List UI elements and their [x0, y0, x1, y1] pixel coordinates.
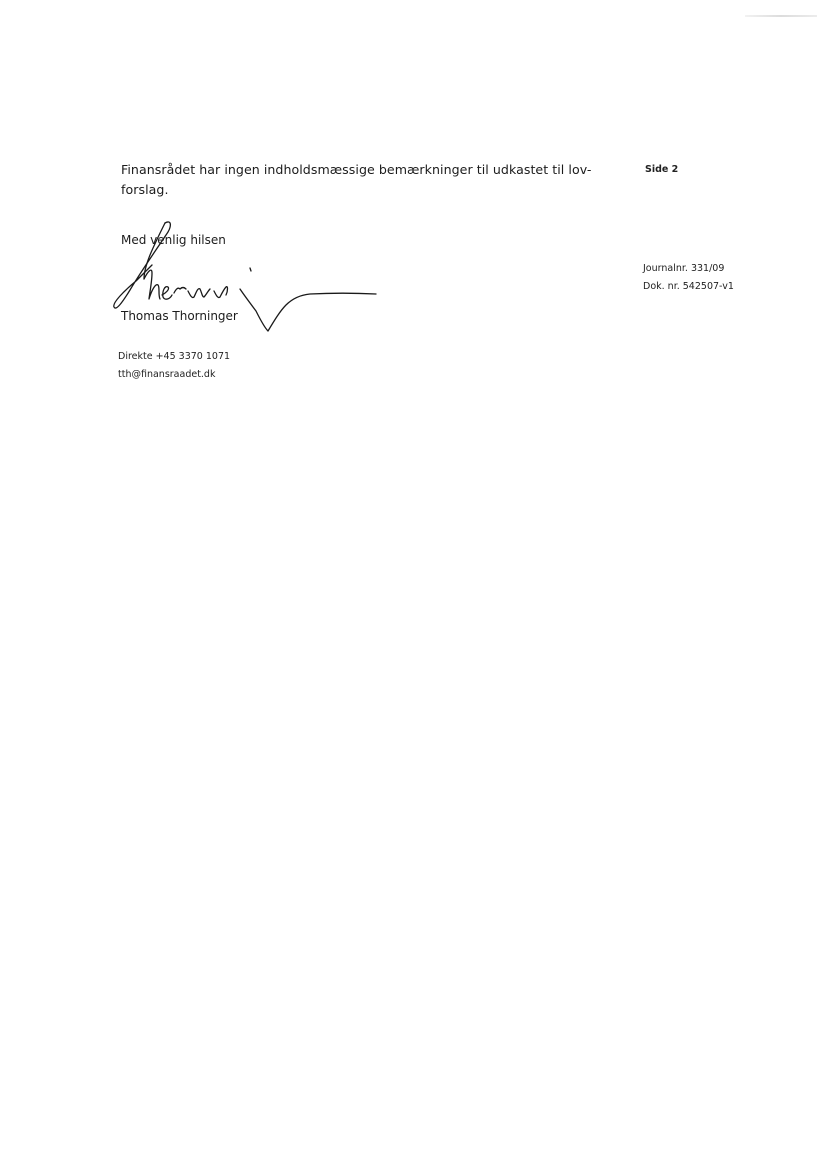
scan-artifact-line [745, 15, 817, 17]
signer-name: Thomas Thorninger [121, 309, 238, 323]
document-number: Dok. nr. 542507-v1 [643, 278, 734, 296]
email-address: tth@finansraadet.dk [118, 366, 230, 384]
journal-number: Journalnr. 331/09 [643, 260, 734, 278]
direct-phone: Direkte +45 3370 1071 [118, 348, 230, 366]
body-line-2: forslag. [121, 180, 601, 200]
reference-block: Journalnr. 331/09 Dok. nr. 542507-v1 [643, 260, 734, 296]
letter-body: Finansrådet har ingen indholdsmæssige be… [121, 160, 601, 200]
contact-block: Direkte +45 3370 1071 tth@finansraadet.d… [118, 348, 230, 384]
body-line-1: Finansrådet har ingen indholdsmæssige be… [121, 160, 601, 180]
page-number: Side 2 [645, 164, 678, 175]
